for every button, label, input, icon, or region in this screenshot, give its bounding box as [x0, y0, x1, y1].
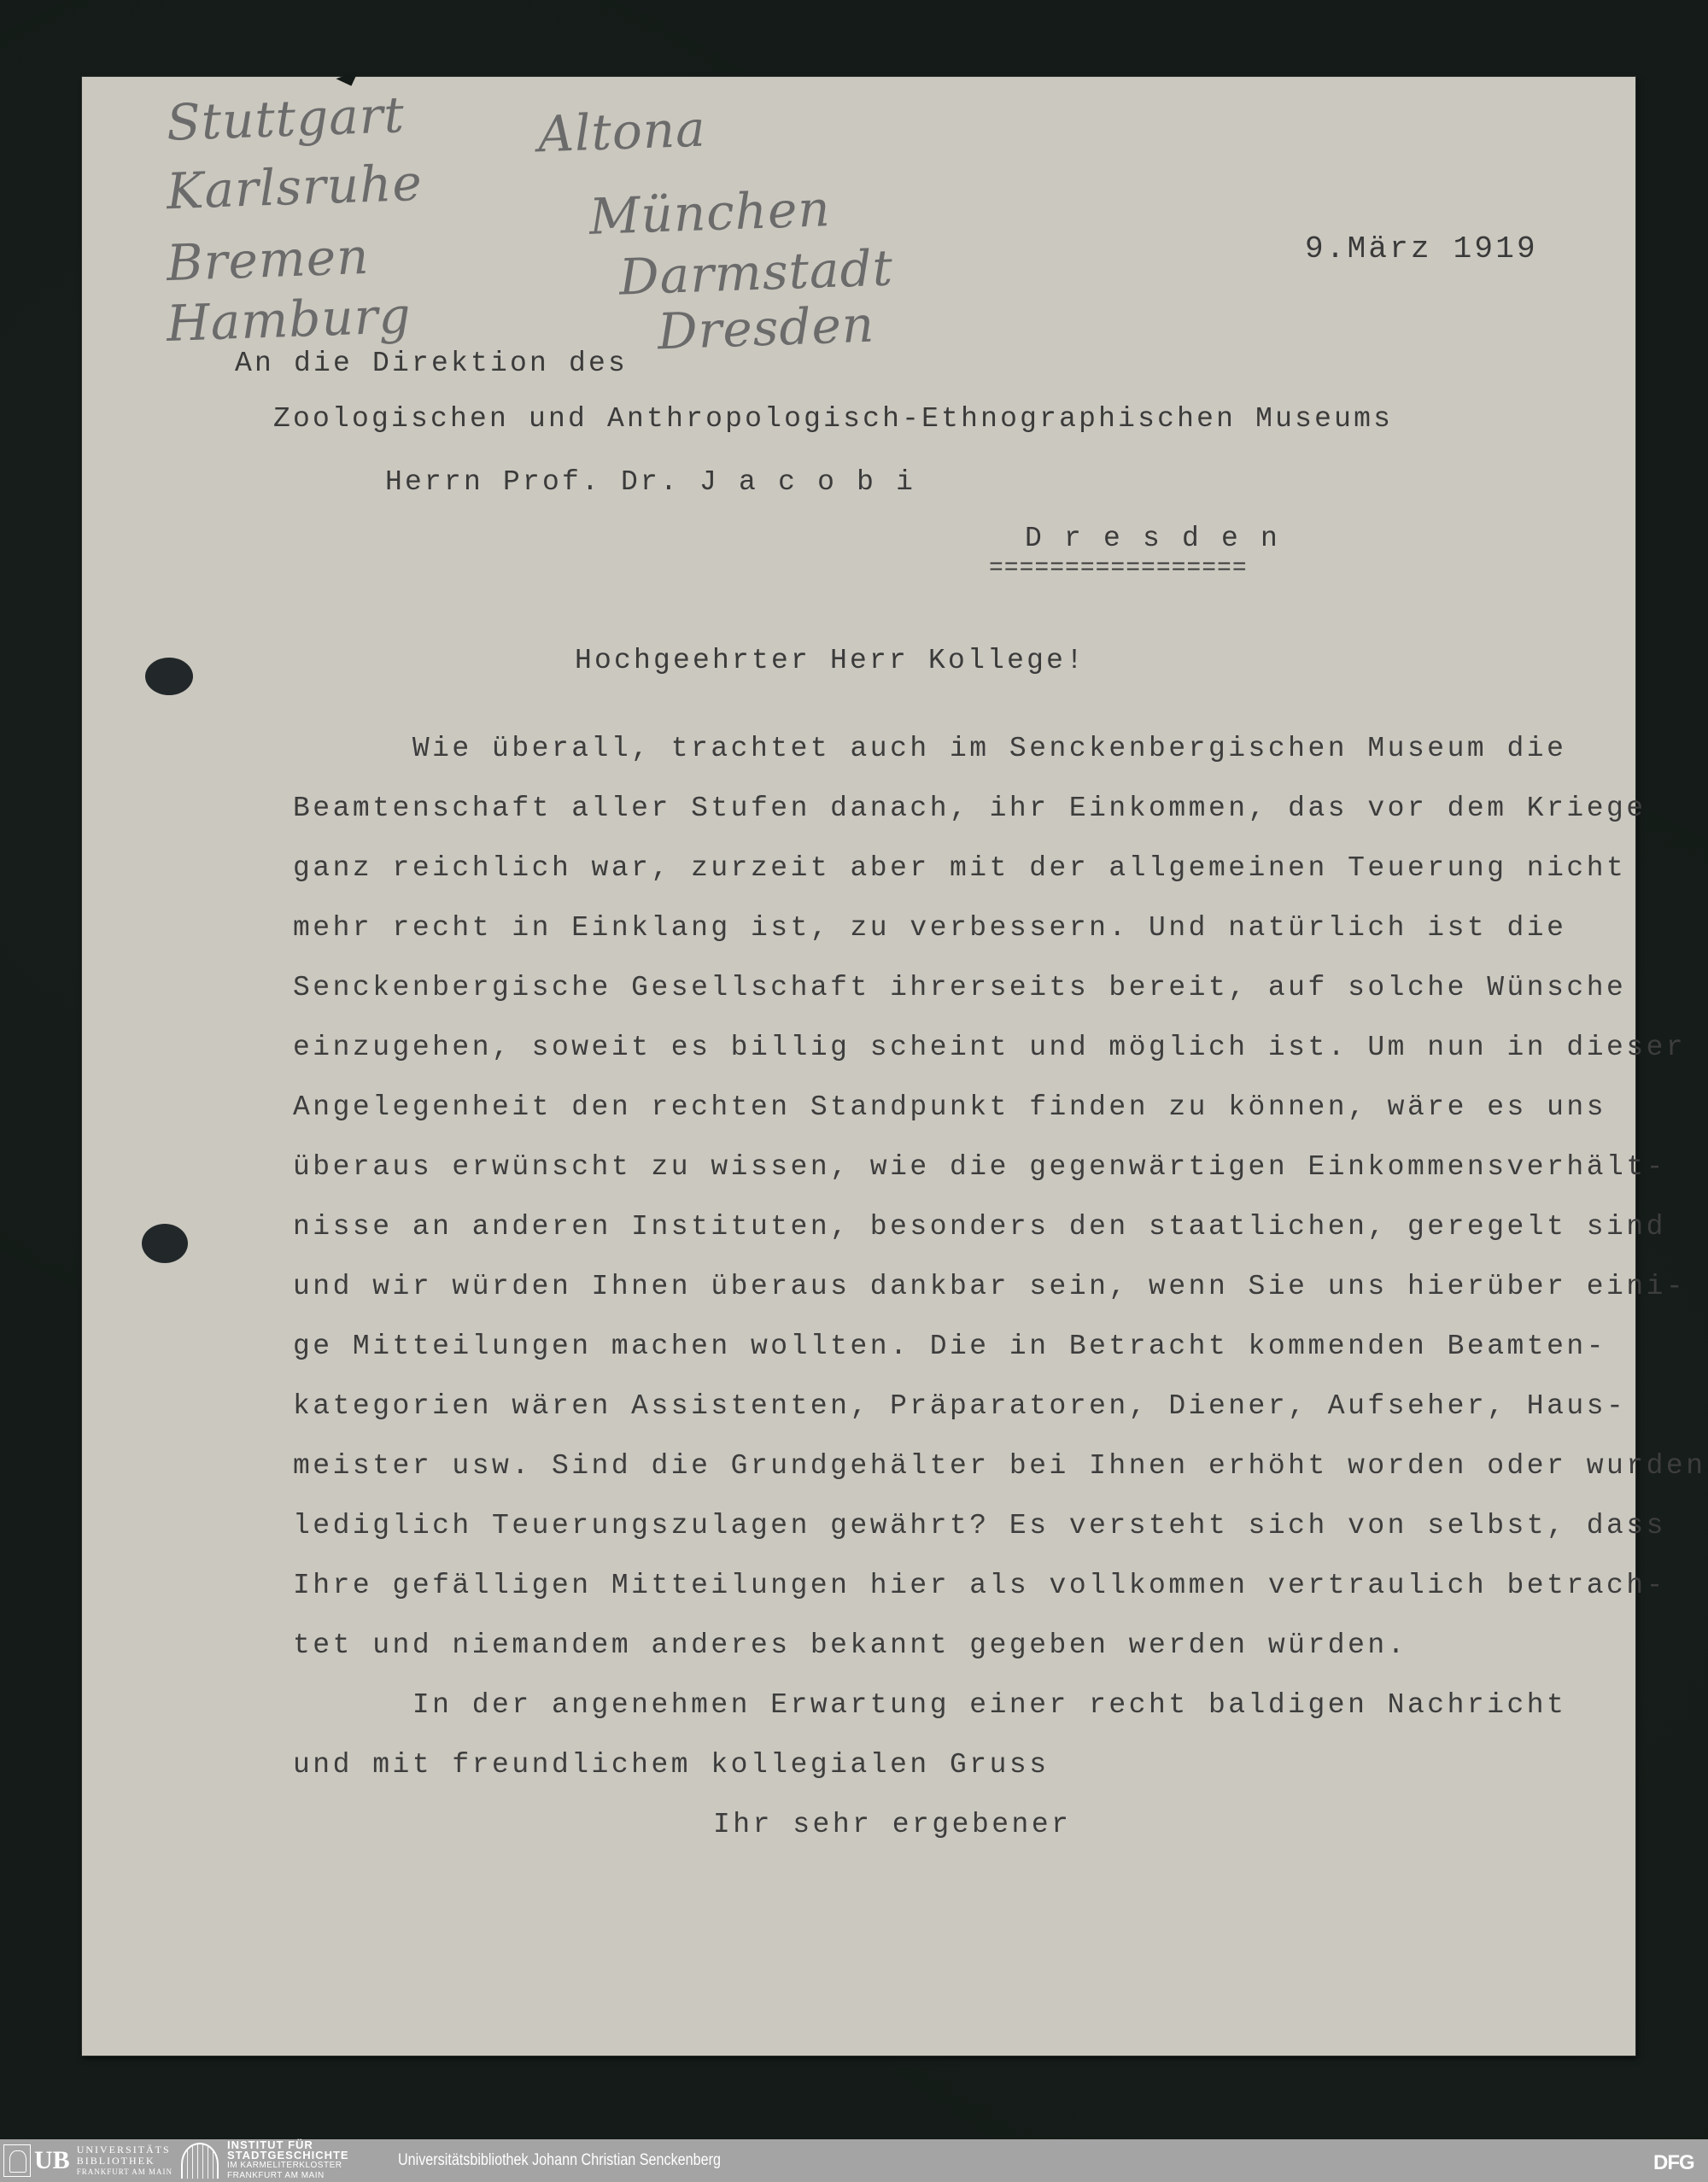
ub-line-3: FRANKFURT AM MAIN — [77, 2167, 173, 2178]
body-line: und wir würden Ihnen überaus dankbar sei… — [293, 1271, 1686, 1302]
punch-hole-bottom — [142, 1224, 188, 1263]
ub-line-1: UNIVERSITÄTS — [77, 2144, 173, 2156]
handwritten-note: Hamburg — [166, 290, 412, 348]
body-line: Senckenbergische Gesellschaft ihrerseits… — [293, 972, 1626, 1003]
ub-logo-sub: UNIVERSITÄTS BIBLIOTHEK FRANKFURT AM MAI… — [77, 2144, 173, 2178]
punch-hole-top — [145, 658, 193, 695]
handwritten-note: Dresden — [657, 300, 875, 357]
body-line: Wie überall, trachtet auch im Senckenber… — [293, 733, 1566, 764]
body-line: kategorien wären Assistenten, Präparator… — [293, 1390, 1626, 1422]
salutation: Hochgeehrter Herr Kollege! — [575, 646, 1085, 675]
ub-logo[interactable]: UB UNIVERSITÄTS BIBLIOTHEK FRANKFURT AM … — [3, 2143, 173, 2179]
footer-bar: UB UNIVERSITÄTS BIBLIOTHEK FRANKFURT AM … — [0, 2139, 1708, 2182]
ub-portrait-icon — [3, 2144, 31, 2177]
body-line: ganz reichlich war, zurzeit aber mit der… — [293, 852, 1626, 884]
arch-icon — [181, 2143, 219, 2179]
body-line: mehr recht in Einklang ist, zu verbesser… — [293, 912, 1566, 944]
letter-date: 9.März 1919 — [1305, 234, 1538, 265]
address-line-1: An die Direktion des — [235, 349, 628, 377]
body-line: nisse an anderen Instituten, besonders d… — [293, 1211, 1666, 1243]
closing-line: und mit freundlichem kollegialen Gruss — [293, 1749, 1050, 1781]
handwritten-note: Stuttgart — [166, 90, 406, 148]
handwritten-note: Darmstadt — [618, 243, 894, 301]
body-line: lediglich Teuerungszulagen gewährt? Es v… — [293, 1510, 1666, 1541]
body-line: Ihre gefälligen Mitteilungen hier als vo… — [293, 1570, 1666, 1601]
isg-line-4: FRANKFURT AM MAIN — [227, 2171, 349, 2181]
body-line: Beamtenschaft aller Stufen danach, ihr E… — [293, 793, 1647, 824]
ub-logo-text: UB — [34, 2146, 70, 2175]
footer-title: Universitätsbibliothek Johann Christian … — [398, 2151, 721, 2170]
body-line: ge Mitteilungen machen wollten. Die in B… — [293, 1331, 1606, 1362]
dfg-logo[interactable]: DFG — [1653, 2151, 1694, 2175]
address-city-underline: ================= — [989, 557, 1248, 581]
address-city: D r e s d e n — [1025, 524, 1280, 553]
handwritten-note: Altona — [537, 104, 707, 160]
isg-logo[interactable]: INSTITUT FÜR STADTGESCHICHTE IM KARMELIT… — [181, 2143, 349, 2179]
address-line-3: Herrn Prof. Dr. J a c o b i — [385, 468, 915, 496]
closing-line: In der angenehmen Erwartung einer recht … — [293, 1689, 1566, 1721]
isg-line-3: IM KARMELITERKLOSTER — [227, 2161, 349, 2171]
signoff: Ihr sehr ergebener — [713, 1809, 1071, 1840]
handwritten-note: Karlsruhe — [166, 158, 424, 216]
handwritten-note: München — [588, 184, 831, 242]
body-line: Angelegenheit den rechten Standpunkt fin… — [293, 1091, 1606, 1123]
isg-logo-text: INSTITUT FÜR STADTGESCHICHTE IM KARMELIT… — [227, 2140, 349, 2181]
body-line: tet und niemandem anderes bekannt gegebe… — [293, 1629, 1407, 1661]
body-line: meister usw. Sind die Grundgehälter bei … — [293, 1450, 1706, 1482]
body-line: einzugehen, soweit es billig scheint und… — [293, 1032, 1686, 1063]
handwritten-note: Bremen — [166, 231, 370, 288]
ub-line-2: BIBLIOTHEK — [77, 2156, 173, 2167]
address-line-2: Zoologischen und Anthropologisch-Ethnogr… — [273, 405, 1393, 433]
body-line: überaus erwünscht zu wissen, wie die geg… — [293, 1151, 1666, 1183]
isg-line-2: STADTGESCHICHTE — [227, 2150, 349, 2161]
